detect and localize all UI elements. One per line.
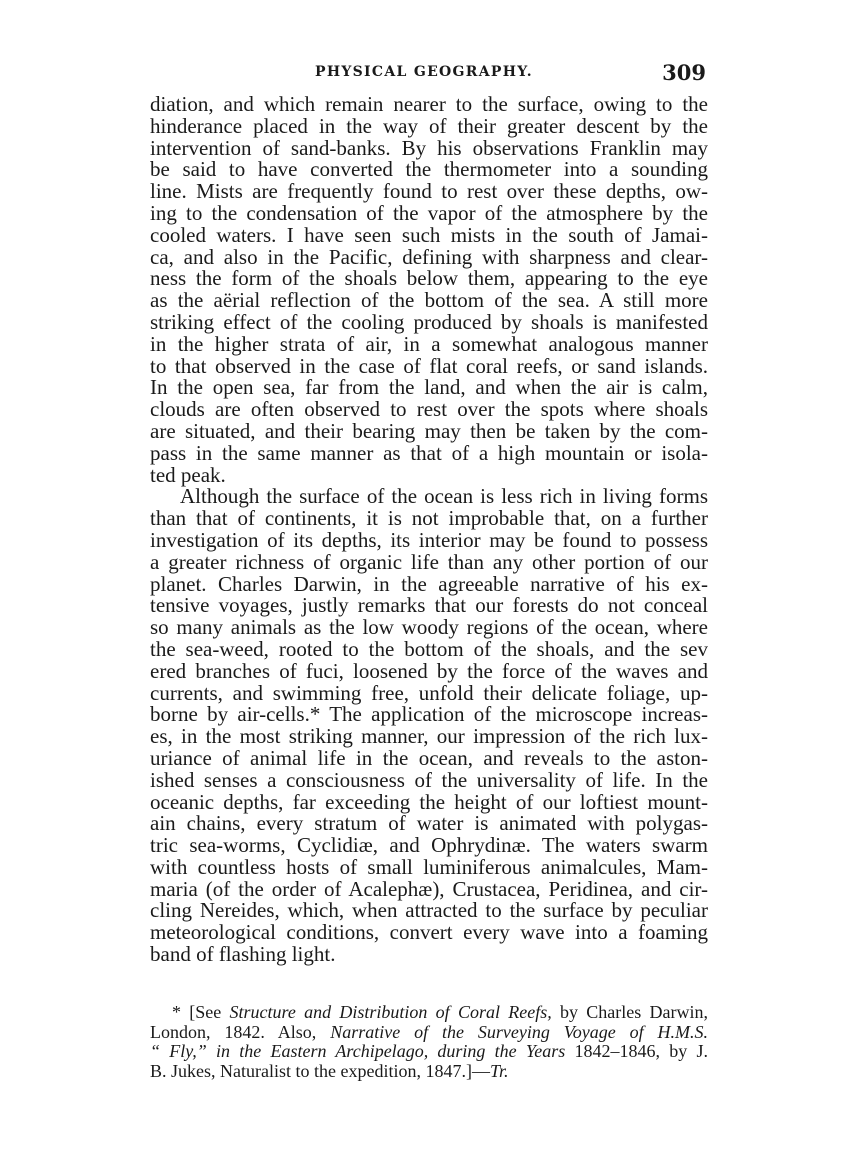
text-line: diation, and which remain nearer to the … <box>150 94 708 116</box>
text-line: hinderance placed in the way of their gr… <box>150 116 708 138</box>
footnote-title: Structure and Distribution of Coral Reef… <box>230 1002 552 1022</box>
text-line: maria (of the order of Acalephæ), Crusta… <box>150 879 708 901</box>
footnote-line: “ Fly,” in the Eastern Archipelago, duri… <box>150 1042 708 1062</box>
text-line: ness the form of the shoals below them, … <box>150 268 708 290</box>
text-line: In the open sea, far from the land, and … <box>150 377 708 399</box>
text-line: es, in the most striking manner, our imp… <box>150 726 708 748</box>
text-line: as the aërial reflection of the bottom o… <box>150 290 708 312</box>
text-line: in the higher strata of air, in a somewh… <box>150 334 708 356</box>
footnote-line: London, 1842. Also, Narrative of the Sur… <box>150 1023 708 1043</box>
text-line: oceanic depths, far exceeding the height… <box>150 792 708 814</box>
body-text: diation, and which remain nearer to the … <box>150 94 708 966</box>
text-line: ished senses a consciousness of the univ… <box>150 770 708 792</box>
text-line: band of flashing light. <box>150 944 708 966</box>
text-line: line. Mists are frequently found to rest… <box>150 181 708 203</box>
text-line: so many animals as the low woody regions… <box>150 617 708 639</box>
text-line: investigation of its depths, its interio… <box>150 530 708 552</box>
text-line: are situated, and their bearing may then… <box>150 421 708 443</box>
paragraph-start-line: Although the surface of the ocean is les… <box>150 486 708 508</box>
text-line: clouds are often observed to rest over t… <box>150 399 708 421</box>
text-line: planet. Charles Darwin, in the agreeable… <box>150 574 708 596</box>
text-line: currents, and swimming free, unfold thei… <box>150 683 708 705</box>
footnote-text: * [See <box>172 1002 230 1022</box>
text-line: ain chains, every stratum of water is an… <box>150 813 708 835</box>
text-line: ing to the condensation of the vapor of … <box>150 203 708 225</box>
text-line: striking effect of the cooling produced … <box>150 312 708 334</box>
running-title: PHYSICAL GEOGRAPHY. <box>315 64 533 80</box>
text-line: cooled waters. I have seen such mists in… <box>150 225 708 247</box>
text-line: ted peak. <box>150 465 708 487</box>
text-line: tensive voyages, justly remarks that our… <box>150 595 708 617</box>
text-line: borne by air-cells.* The application of … <box>150 704 708 726</box>
footnote-line: B. Jukes, Naturalist to the expedition, … <box>150 1062 708 1082</box>
text-line: ca, and also in the Pacific, defining wi… <box>150 247 708 269</box>
text-line: with countless hosts of small luminifero… <box>150 857 708 879</box>
text-line: the sea-weed, rooted to the bottom of th… <box>150 639 708 661</box>
translator-mark: Tr. <box>490 1061 509 1081</box>
page-number: 309 <box>662 60 706 85</box>
text-line: cling Nereides, which, when attracted to… <box>150 900 708 922</box>
text-line: ered branches of fuci, loosened by the f… <box>150 661 708 683</box>
text-line: intervention of sand-banks. By his obser… <box>150 138 708 160</box>
text-line: pass in the same manner as that of a hig… <box>150 443 708 465</box>
text-line: than that of continents, it is not impro… <box>150 508 708 530</box>
footnote-line: * [See Structure and Distribution of Cor… <box>150 1003 708 1023</box>
text-line: meteorological conditions, convert every… <box>150 922 708 944</box>
text-line: a greater richness of organic life than … <box>150 552 708 574</box>
footnote-text: B. Jukes, Naturalist to the expedition, … <box>150 1061 490 1081</box>
page-header: PHYSICAL GEOGRAPHY. 309 <box>150 60 708 86</box>
footnote-text: 1842–1846, by J. <box>565 1041 708 1061</box>
footnote: * [See Structure and Distribution of Cor… <box>150 1003 708 1081</box>
text-line: uriance of animal life in the ocean, and… <box>150 748 708 770</box>
text-line: tric sea-worms, Cyclidiæ, and Ophrydinæ.… <box>150 835 708 857</box>
text-line: be said to have converted the thermomete… <box>150 159 708 181</box>
footnote-text: London, 1842. Also, <box>150 1022 330 1042</box>
footnote-title: “ Fly,” in the Eastern Archipelago, duri… <box>150 1041 565 1061</box>
footnote-text: by Charles Darwin, <box>552 1002 708 1022</box>
footnote-title: Narrative of the Surveying Voyage of H.M… <box>330 1022 708 1042</box>
text-line: to that observed in the case of flat cor… <box>150 356 708 378</box>
